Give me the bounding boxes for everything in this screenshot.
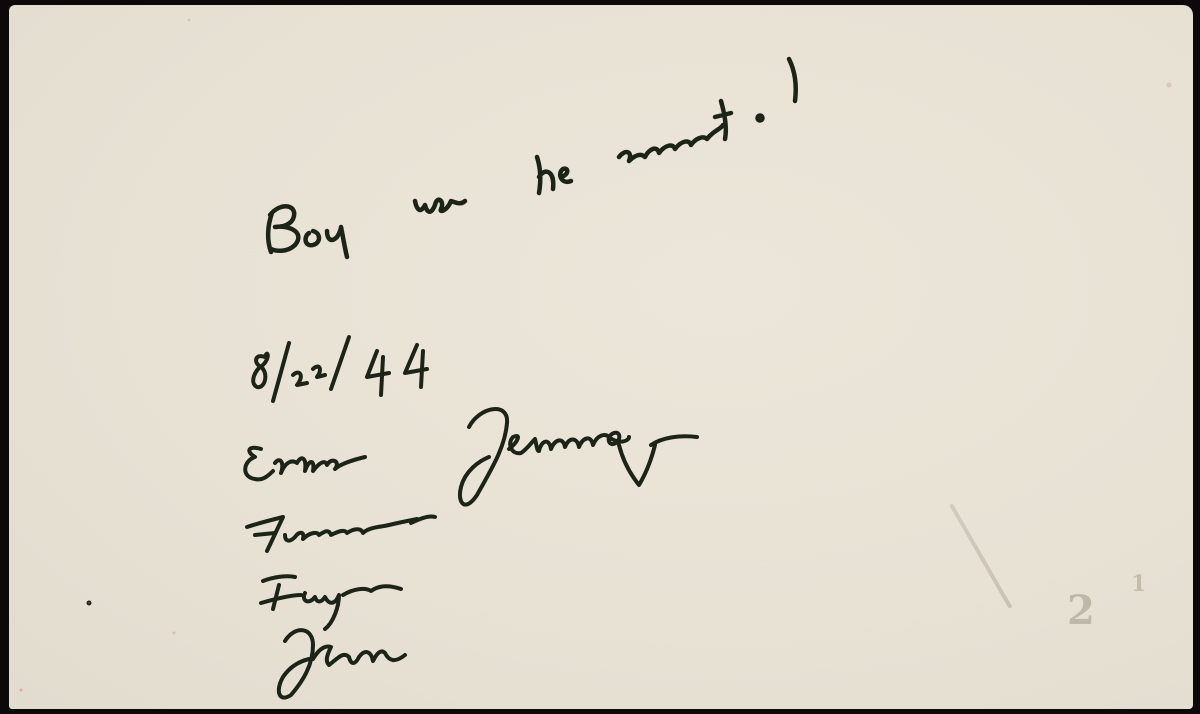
handwriting-ink [9, 5, 1193, 709]
flossie-ink [247, 516, 435, 551]
jean-ink [279, 630, 405, 697]
erma-ink [245, 448, 365, 480]
photo-back-card: Boy was he sweet! 8/22/44 Erma Jennings … [9, 5, 1193, 709]
date-ink [253, 337, 427, 401]
faye-ink [261, 576, 401, 629]
stamp-superscript: 1 [1131, 571, 1146, 597]
jennings-ink [460, 409, 697, 505]
caption-ink [268, 59, 796, 257]
stamp-number: 2 [1067, 587, 1095, 634]
